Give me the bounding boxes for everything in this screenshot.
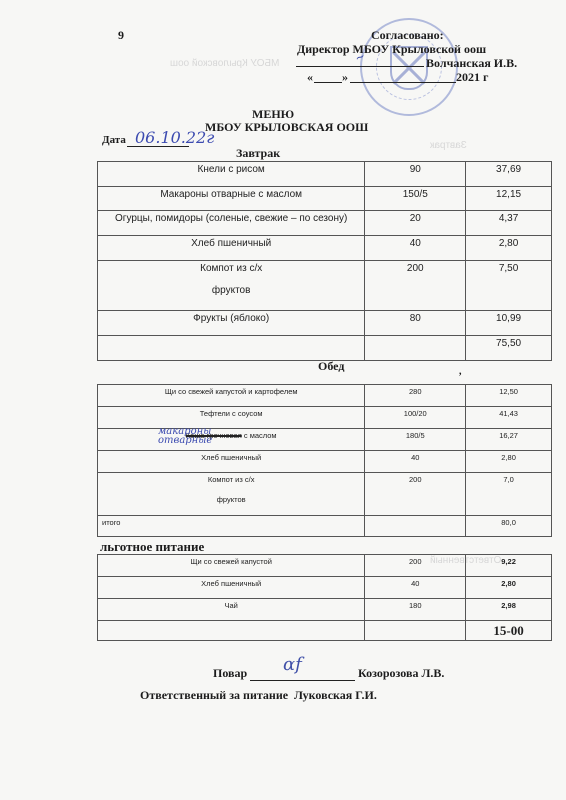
cook-name: Козорозова Л.В. [358,666,444,681]
responsible-label: Ответственный за питание [140,688,288,703]
table-row: Хлеб пшеничный 40 2,80 [98,236,552,261]
table-row-total: 15-00 [98,621,552,641]
dish-portion: 40 [365,577,466,599]
lunch-table: Щи со свежей капустой и картофелем 280 1… [97,384,552,537]
dish-price: 4,37 [466,211,552,236]
table-row: Компот из с/х фруктов 200 7,0 [98,473,552,516]
table-row: Хлеб пшеничный 40 2,80 [98,577,552,599]
date-quote-open: « [307,70,313,85]
dish-name: Макароны отварные с маслом [98,187,365,211]
dish-name: Каша гречневая с маслом макароны отварны… [98,429,365,451]
dish-name: Тефтели с соусом [98,407,365,429]
dish-name: Хлеб пшеничный [98,451,365,473]
date-value: 06.10.22г [135,128,214,147]
dish-name-rest: с маслом [242,431,277,440]
date-label: Дата [102,134,126,146]
approved-label: Согласовано: [371,28,444,43]
dish-name: Компот из с/х фруктов [98,261,365,311]
day-blank [314,70,342,83]
table-row: Чай 180 2,98 [98,599,552,621]
dish-price: 37,69 [466,162,552,187]
dish-portion: 150/5 [365,187,466,211]
total-portion [365,621,466,641]
table-row: Огурцы, помидоры (соленые, свежие – по с… [98,211,552,236]
dish-price: 2,80 [466,236,552,261]
responsible-name: Луковская Г.И. [294,688,377,703]
dish-price: 2,98 [466,599,552,621]
preferential-table: Щи со свежей капустой 200 9,22 Хлеб пшен… [97,554,552,641]
dish-portion: 180/5 [365,429,466,451]
dish-portion: 280 [365,385,466,407]
dish-name-line1: Компот из с/х [102,475,360,484]
dish-price: 2,80 [466,577,552,599]
dish-portion: 200 [365,473,466,516]
bleed-through-text: Завтрак [430,140,467,151]
dish-price: 2,80 [466,451,552,473]
cook-signature-line [250,666,355,681]
dish-name: Кнели с рисом [98,162,365,187]
dish-portion: 200 [365,555,466,577]
dish-portion: 40 [365,236,466,261]
dish-portion: 200 [365,261,466,311]
lunch-title: Обед [318,359,344,374]
director-name: Волчанская И.В. [426,56,517,71]
approval-year: 2021 г [456,70,488,85]
total-price: 80,0 [466,516,552,537]
total-label [98,336,365,361]
dish-name: Щи со свежей капустой [98,555,365,577]
table-row-total: 75,50 [98,336,552,361]
dish-name: Огурцы, помидоры (соленые, свежие – по с… [98,211,365,236]
dish-name: Хлеб пшеничный [98,577,365,599]
dish-name: Компот из с/х фруктов [98,473,365,516]
breakfast-table: Кнели с рисом 90 37,69 Макароны отварные… [97,161,552,361]
table-row: Щи со свежей капустой и картофелем 280 1… [98,385,552,407]
table-row: Кнели с рисом 90 37,69 [98,162,552,187]
dish-name: Щи со свежей капустой и картофелем [98,385,365,407]
bleed-through-text: МБОУ Крыловской оош [170,58,279,69]
table-row: Компот из с/х фруктов 200 7,50 [98,261,552,311]
dish-price: 9,22 [466,555,552,577]
dish-price: 16,27 [466,429,552,451]
total-portion [365,516,466,537]
total-label: итого [98,516,365,537]
total-price: 15-00 [466,621,552,641]
director-line: Директор МБОУ Крыловской оош [297,42,486,57]
preferential-title: льготное питание [100,539,204,555]
school-name: МБОУ КРЫЛОВСКАЯ ООШ [205,120,368,135]
table-row: Хлеб пшеничный 40 2,80 [98,451,552,473]
table-row: Щи со свежей капустой 200 9,22 [98,555,552,577]
dish-price: 12,50 [466,385,552,407]
total-portion [365,336,466,361]
table-row: Каша гречневая с маслом макароны отварны… [98,429,552,451]
month-blank [350,70,456,83]
dish-name: Чай [98,599,365,621]
table-row: Фрукты (яблоко) 80 10,99 [98,311,552,336]
dish-price: 41,43 [466,407,552,429]
table-row-total: итого 80,0 [98,516,552,537]
cook-signature: ɑf [283,654,302,675]
total-label [98,621,365,641]
dish-name: Фрукты (яблоко) [98,311,365,336]
dish-price: 7,50 [466,261,552,311]
page-number: 9 [118,28,124,43]
dish-name-line2: фруктов [102,495,360,504]
dish-portion: 40 [365,451,466,473]
dish-portion: 20 [365,211,466,236]
dish-portion: 100/20 [365,407,466,429]
cook-label: Повар [213,666,247,681]
dish-price: 10,99 [466,311,552,336]
total-price: 75,50 [466,336,552,361]
stray-mark: , [459,366,462,377]
dish-name: Хлеб пшеничный [98,236,365,261]
dish-price: 12,15 [466,187,552,211]
dish-portion: 80 [365,311,466,336]
handwritten-correction: макароны отварные [158,427,228,445]
breakfast-title: Завтрак [236,146,280,161]
dish-price: 7,0 [466,473,552,516]
table-row: Макароны отварные с маслом 150/5 12,15 [98,187,552,211]
dish-portion: 180 [365,599,466,621]
date-quote-close: » [342,70,348,85]
dish-name-line1: Компот из с/х [102,263,360,274]
dish-portion: 90 [365,162,466,187]
dish-name-line2: фруктов [102,285,360,296]
